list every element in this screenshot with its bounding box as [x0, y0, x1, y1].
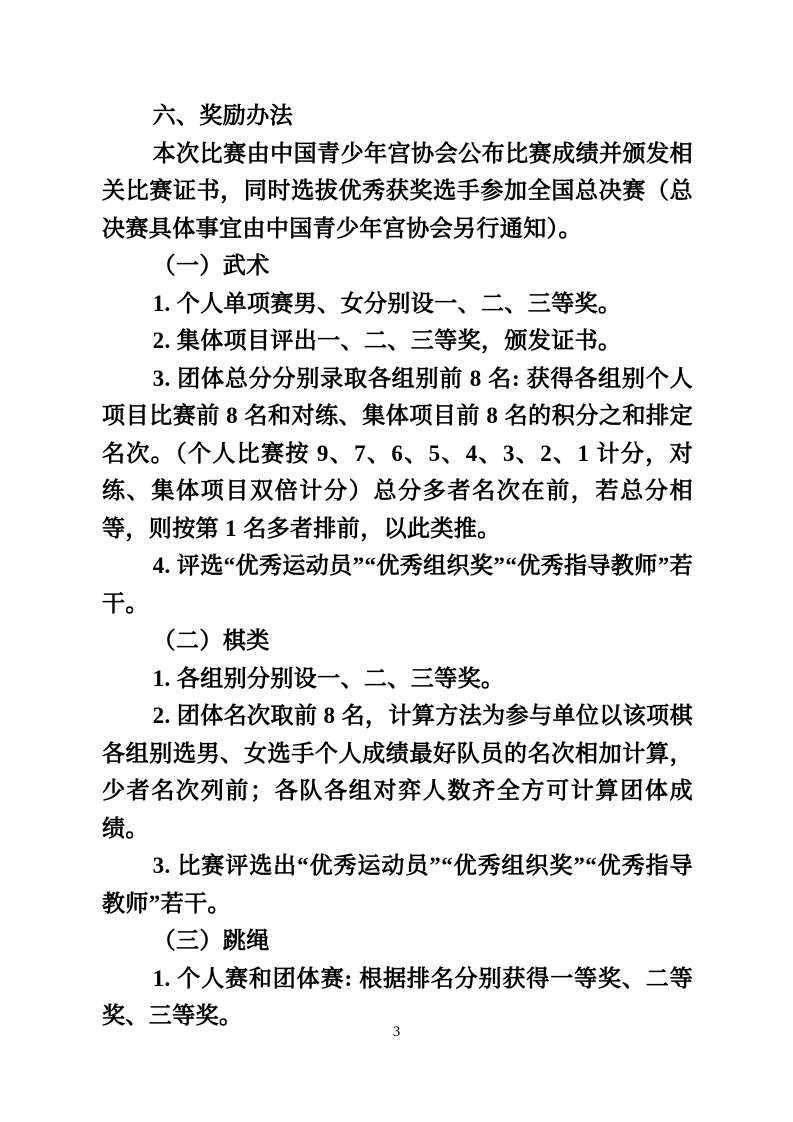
subsection-title-wushu: （一）武术	[102, 247, 693, 285]
subsection-title-chess: （二）棋类	[102, 622, 693, 660]
chess-item-1: 1. 各组别分别设一、二、三等奖。	[102, 660, 693, 698]
page-number: 3	[0, 1023, 793, 1041]
chess-item-2: 2. 团体名次取前 8 名，计算方法为参与单位以该项棋各组别选男、女选手个人成绩…	[102, 697, 693, 847]
document-body: 六、奖励办法 本次比赛由中国青少年宫协会公布比赛成绩并颁发相关比赛证书，同时选拔…	[102, 97, 693, 1035]
section-heading-awards: 六、奖励办法	[102, 97, 693, 135]
wushu-item-2: 2. 集体项目评出一、二、三等奖，颁发证书。	[102, 322, 693, 360]
wushu-item-3: 3. 团体总分分别录取各组别前 8 名: 获得各组别个人项目比赛前 8 名和对练…	[102, 360, 693, 548]
subsection-title-rope-skipping: （三）跳绳	[102, 922, 693, 960]
wushu-item-1: 1. 个人单项赛男、女分别设一、二、三等奖。	[102, 285, 693, 323]
intro-paragraph: 本次比赛由中国青少年宫协会公布比赛成绩并颁发相关比赛证书，同时选拔优秀获奖选手参…	[102, 135, 693, 248]
wushu-item-4: 4. 评选“优秀运动员”“优秀组织奖”“优秀指导教师”若干。	[102, 547, 693, 622]
document-page: 六、奖励办法 本次比赛由中国青少年宫协会公布比赛成绩并颁发相关比赛证书，同时选拔…	[0, 0, 793, 1122]
chess-item-3: 3. 比赛评选出“优秀运动员”“优秀组织奖”“优秀指导教师”若干。	[102, 847, 693, 922]
